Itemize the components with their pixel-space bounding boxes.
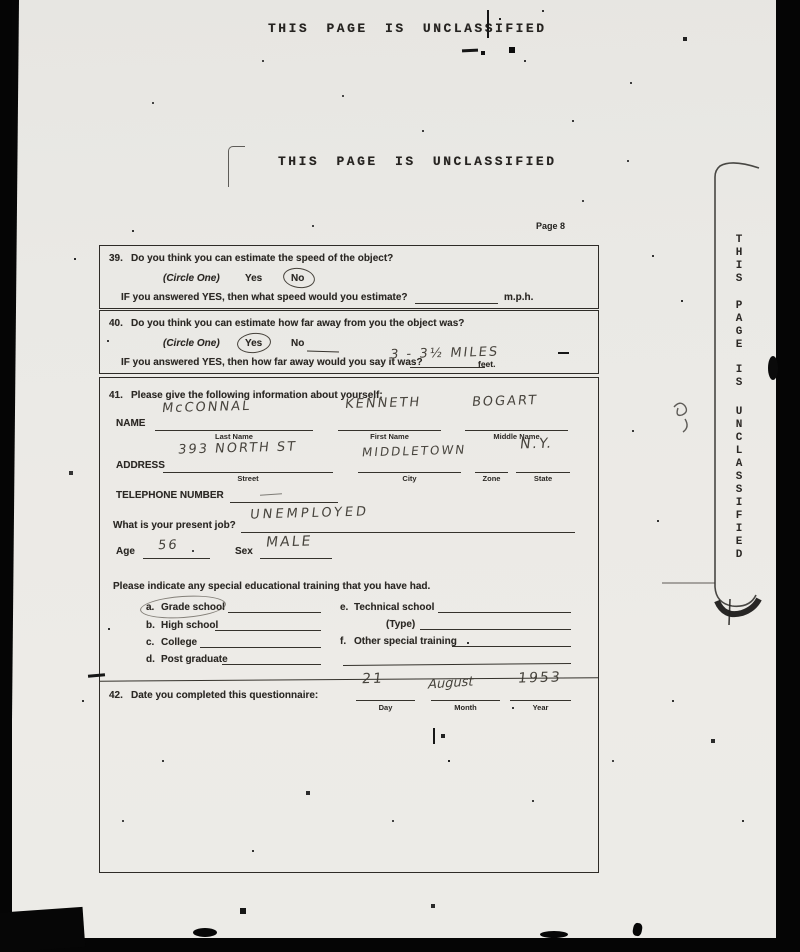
circle-one-label: (Circle One) xyxy=(163,338,220,349)
zone-sublabel: Zone xyxy=(475,474,508,483)
edu-type-line xyxy=(420,629,571,630)
q39-unit-label: m.p.h. xyxy=(504,292,533,303)
date-year-line xyxy=(510,700,571,701)
telephone-line xyxy=(230,502,338,503)
state-sublabel: State xyxy=(516,474,570,483)
edu-f-label: Other special training xyxy=(354,636,457,647)
sex-label: Sex xyxy=(235,546,253,557)
film-edge-left xyxy=(12,0,19,720)
question-40-text: Do you think you can estimate how far aw… xyxy=(131,318,464,329)
date-year-sublabel: Year xyxy=(510,703,571,712)
edu-e-label: Technical school xyxy=(354,602,434,613)
q40-followup-text: IF you answered YES, then how far away w… xyxy=(121,357,423,368)
job-label: What is your present job? xyxy=(113,520,236,531)
edu-b-label: High school xyxy=(161,620,218,631)
edu-c-line xyxy=(200,647,321,648)
date-day-line xyxy=(356,700,415,701)
margin-scribble xyxy=(674,403,687,432)
question-39-box: 39. Do you think you can estimate the sp… xyxy=(99,245,599,309)
film-edge-bottom-left xyxy=(0,907,85,952)
q40-answer-line xyxy=(410,367,485,368)
telephone-stray-mark xyxy=(260,493,282,496)
question-41-box: 41. Please give the following informatio… xyxy=(99,377,599,873)
edu-b-key: b. xyxy=(146,620,155,631)
age-value: 56 xyxy=(157,538,179,554)
noise-mark xyxy=(487,10,489,38)
city-line xyxy=(358,472,461,473)
noise-dash xyxy=(462,49,478,53)
edu-d-key: d. xyxy=(146,654,155,665)
edu-c-label: College xyxy=(161,637,197,648)
middle-name-value: BOGART xyxy=(471,393,539,410)
street-line xyxy=(163,472,333,473)
question-42-number: 42. xyxy=(109,690,123,701)
q39-yes-option: Yes xyxy=(245,273,262,284)
sex-value: MALE xyxy=(265,533,313,550)
film-edge-blob xyxy=(632,922,643,936)
corner-bracket-mark xyxy=(228,146,245,187)
last-name-value: McCONNAL xyxy=(161,399,252,416)
noise-dash xyxy=(558,352,569,354)
street-sublabel: Street xyxy=(163,474,333,483)
education-intro: Please indicate any special educational … xyxy=(113,581,430,592)
margin-bracket-drawing xyxy=(662,155,777,635)
date-year-value: 1953 xyxy=(517,669,562,686)
edu-f-line xyxy=(452,646,571,647)
circle-one-label: (Circle One) xyxy=(163,273,220,284)
address-label: ADDRESS xyxy=(116,460,165,471)
q40-circled-answer-mark xyxy=(236,331,272,354)
page-number: Page 8 xyxy=(536,221,565,231)
paper: THIS PAGE IS UNCLASSIFIED THIS PAGE IS U… xyxy=(12,0,776,938)
question-40-box: 40. Do you think you can estimate how fa… xyxy=(99,310,599,374)
noise-mark xyxy=(433,728,435,744)
q39-answer-line xyxy=(415,303,498,304)
edu-d-label: Post graduate xyxy=(161,654,228,665)
edu-e-line xyxy=(438,612,571,613)
scanned-document-page: THIS PAGE IS UNCLASSIFIED THIS PAGE IS U… xyxy=(0,0,800,952)
film-edge-blob xyxy=(768,356,778,380)
edu-a-hand-loop xyxy=(139,593,226,621)
city-sublabel: City xyxy=(358,474,461,483)
age-line xyxy=(143,558,210,559)
job-value: UNEMPLOYED xyxy=(249,504,370,522)
name-label: NAME xyxy=(116,418,145,429)
city-value: MIDDLETOWN xyxy=(361,443,467,460)
zone-line xyxy=(475,472,508,473)
state-value: N.Y. xyxy=(519,436,554,453)
q39-followup-text: IF you answered YES, then what speed wou… xyxy=(121,292,408,303)
edu-e-key: e. xyxy=(340,602,348,613)
edu-f-continuation-line xyxy=(343,663,571,666)
state-line xyxy=(516,472,570,473)
date-month-value: August xyxy=(426,674,475,692)
edu-c-key: c. xyxy=(146,637,154,648)
q39-circled-answer-mark xyxy=(282,266,316,290)
question-41-number: 41. xyxy=(109,390,123,401)
edu-a-line xyxy=(228,612,321,613)
film-edge-blob xyxy=(540,931,568,938)
film-edge-blob xyxy=(193,928,217,937)
first-name-sublabel: First Name xyxy=(338,432,441,441)
question-40-number: 40. xyxy=(109,318,123,329)
classification-header-top: THIS PAGE IS UNCLASSIFIED xyxy=(268,21,547,36)
date-month-line xyxy=(431,700,500,701)
date-month-sublabel: Month xyxy=(431,703,500,712)
street-value: 393 NORTH ST xyxy=(177,439,298,457)
edu-type-label: (Type) xyxy=(386,619,415,630)
classification-header-mid: THIS PAGE IS UNCLASSIFIED xyxy=(278,154,557,169)
q40-no-line xyxy=(307,350,339,352)
first-name-value: KENNETH xyxy=(344,395,422,412)
sex-line xyxy=(260,558,332,559)
telephone-label: TELEPHONE NUMBER xyxy=(116,490,224,501)
edu-b-line xyxy=(215,630,321,631)
q40-no-option: No xyxy=(291,338,304,349)
q40-unit-label: feet. xyxy=(478,359,495,369)
question-42-text: Date you completed this questionnaire: xyxy=(131,690,318,701)
last-name-line xyxy=(155,430,313,431)
edu-f-key: f. xyxy=(340,636,346,647)
edu-d-line xyxy=(222,664,321,665)
date-day-value: 21 xyxy=(361,671,385,688)
first-name-line xyxy=(338,430,441,431)
question-39-text: Do you think you can estimate the speed … xyxy=(131,253,393,264)
middle-name-line xyxy=(465,430,568,431)
question-39-number: 39. xyxy=(109,253,123,264)
date-day-sublabel: Day xyxy=(356,703,415,712)
age-label: Age xyxy=(116,546,135,557)
